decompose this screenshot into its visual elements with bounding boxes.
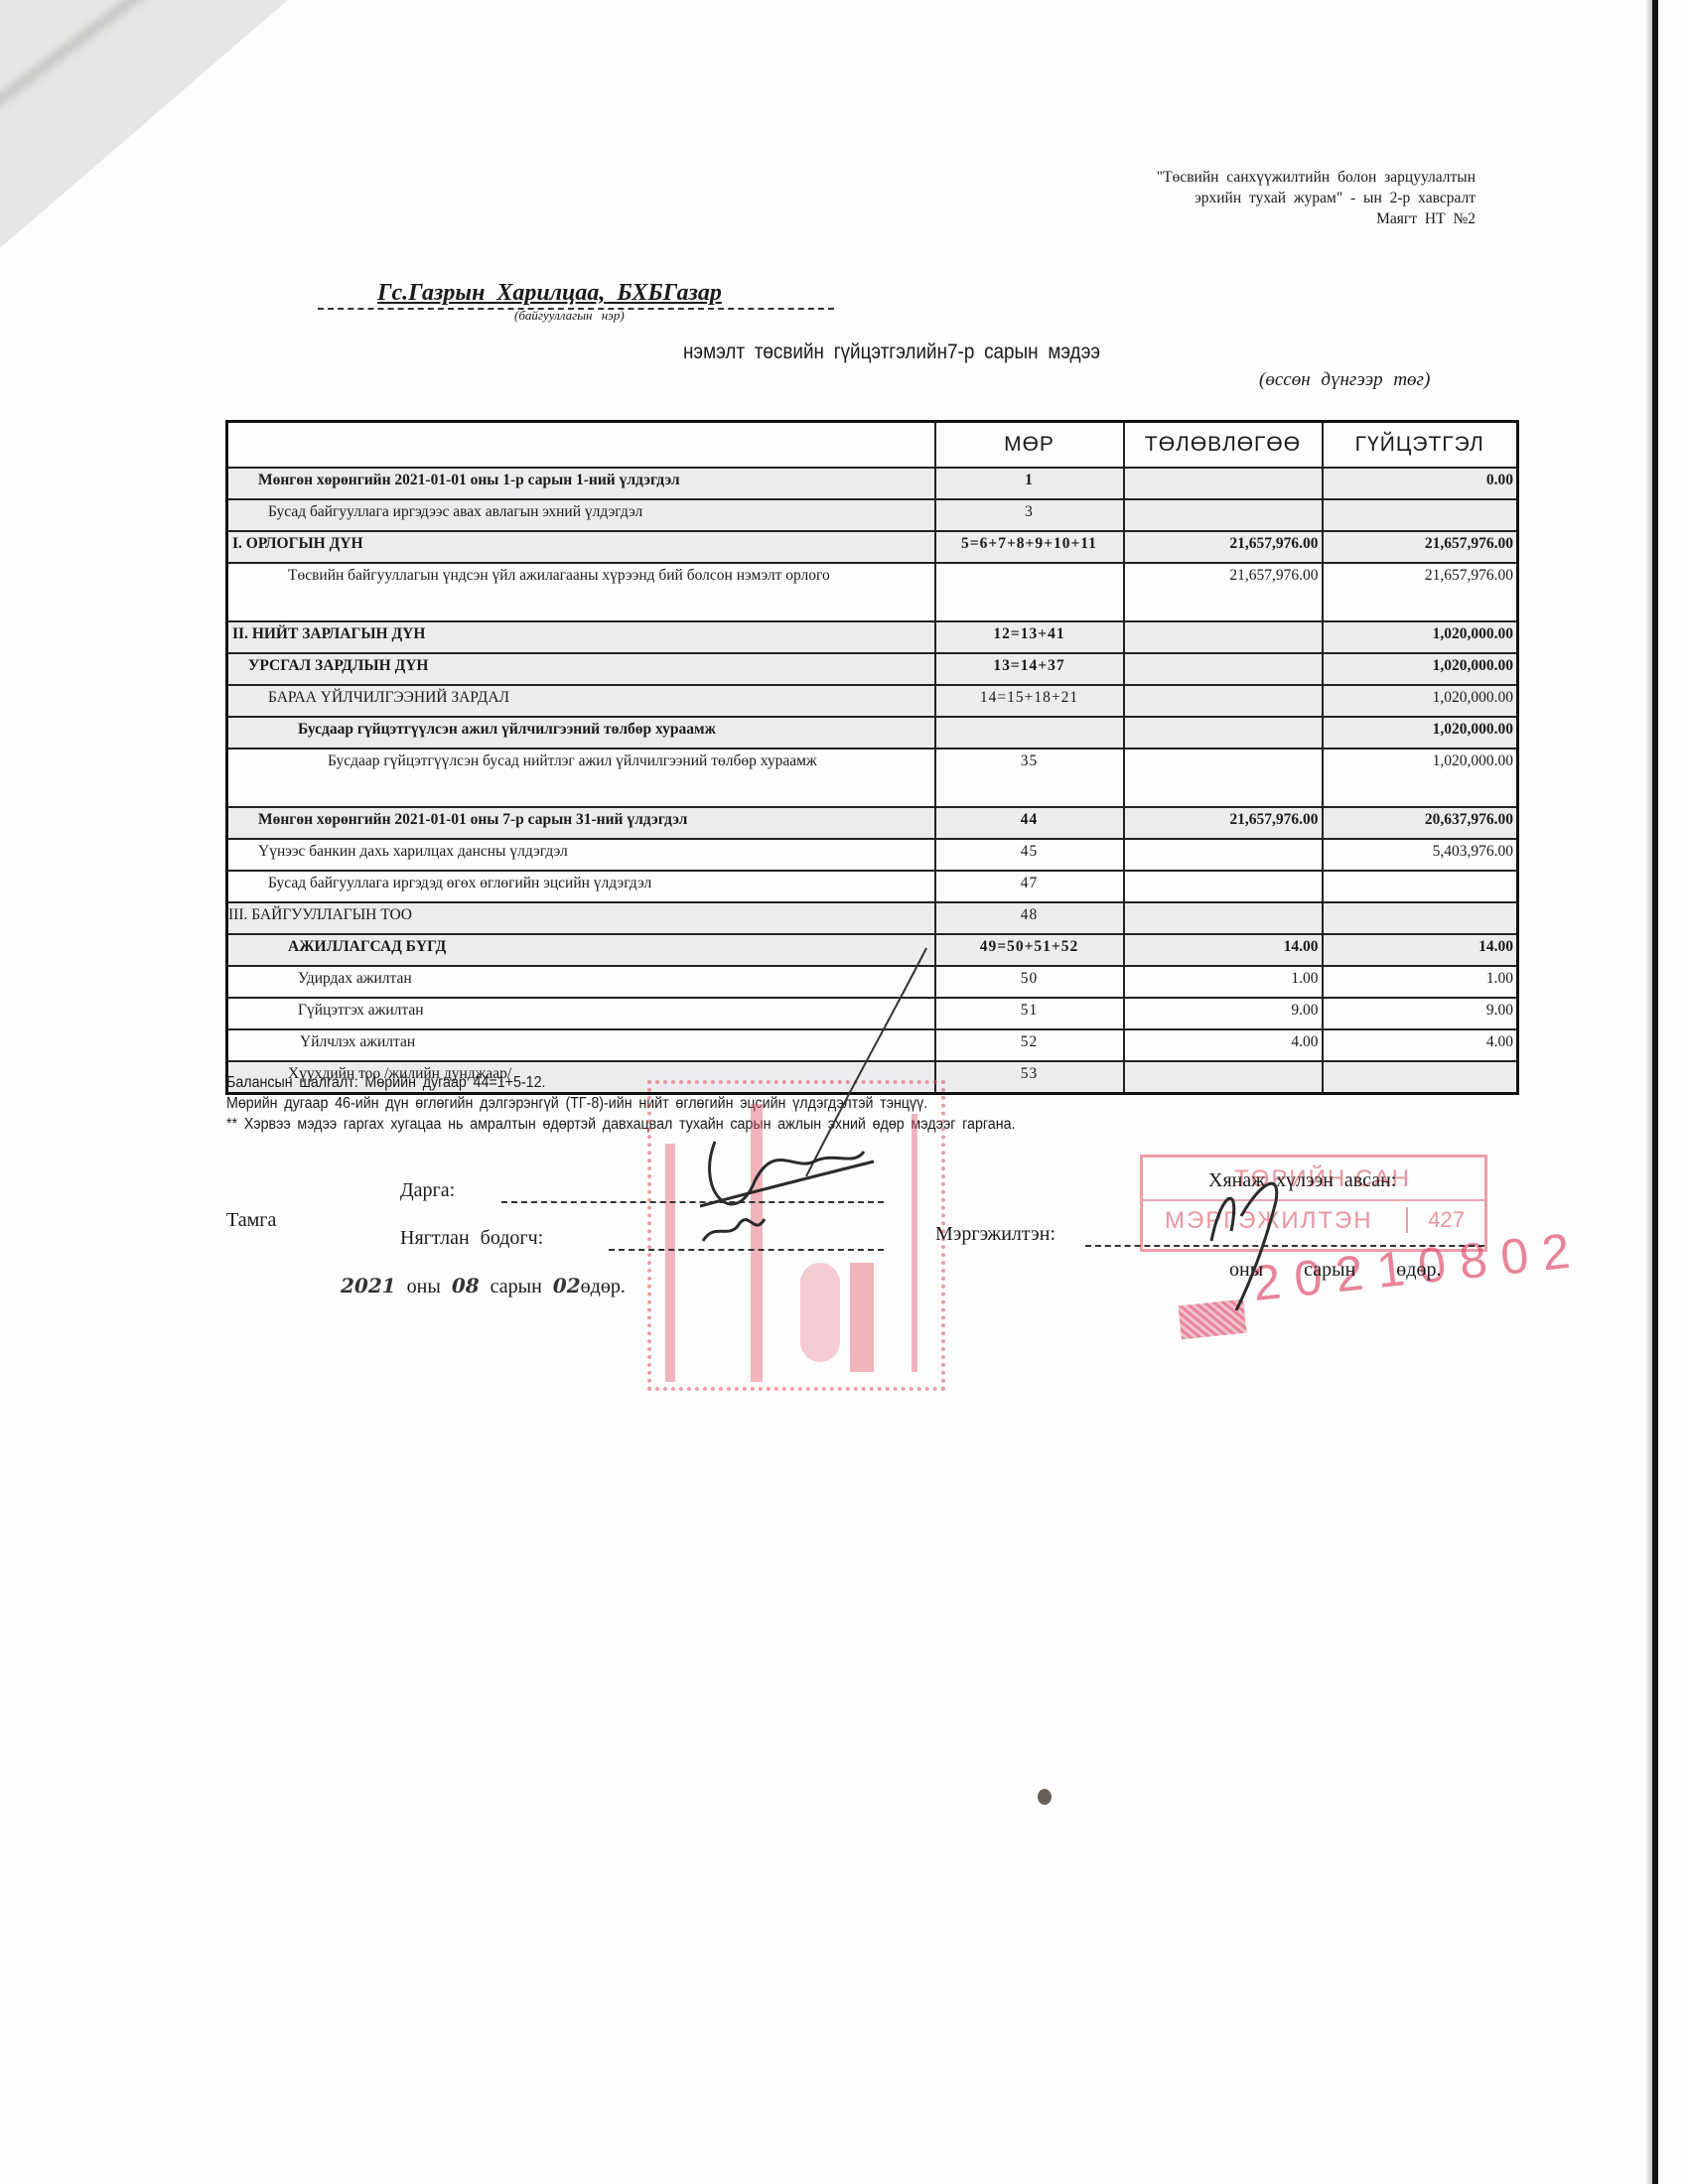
specialist-label: Мэргэжилтэн: — [935, 1223, 1055, 1246]
organization-caption: (байгууллагын нэр) — [514, 308, 625, 324]
report-title: нэмэлт төсвийн гүйцэтгэлийн7-р сарын мэд… — [683, 341, 1100, 364]
plan-value: 9.00 — [1124, 998, 1323, 1029]
plan-value: 21,657,976.00 — [1124, 807, 1323, 839]
row-number: 35 — [935, 749, 1124, 807]
row-number: 1 — [935, 468, 1124, 499]
date-stamp-block — [1178, 1299, 1246, 1340]
plan-value — [1124, 621, 1323, 653]
table-row: Бусад байгууллага иргэдэд өгөх өглөгийн … — [227, 871, 1518, 902]
row-number: 3 — [935, 499, 1124, 531]
table-row: Мөнгөн хөрөнгийн 2021-01-01 оны 1-р сары… — [227, 468, 1518, 499]
specialist-signature-line[interactable] — [1085, 1245, 1484, 1247]
row-number: 52 — [935, 1029, 1124, 1061]
plan-value: 4.00 — [1124, 1029, 1323, 1061]
day-suffix: өдөр. — [581, 1276, 626, 1297]
table-row: Гүйцэтгэх ажилтан519.009.00 — [227, 998, 1518, 1029]
seal-bar — [912, 1114, 917, 1372]
actual-value: 1,020,000.00 — [1323, 685, 1518, 717]
row-number: 47 — [935, 871, 1124, 902]
plan-value — [1124, 749, 1323, 807]
reviewed-year-suffix: оны — [1229, 1259, 1263, 1281]
appendix-line-1: "Төсвийн санхүүжилтийн болон зарцуулалты… — [1157, 167, 1476, 188]
scan-edge — [1652, 0, 1658, 2184]
actual-value: 4.00 — [1323, 1029, 1518, 1061]
table-row: Төсвийн байгууллагын үндсэн үйл ажилагаа… — [227, 563, 1518, 621]
row-label: II. НИЙТ ЗАРЛАГЫН ДҮН — [227, 621, 935, 653]
row-number: 13=14+37 — [935, 653, 1124, 685]
row-label: Үйлчлэх ажилтан — [227, 1029, 935, 1061]
seal-emblem — [800, 1263, 840, 1362]
reviewed-date: оны сарын өдөр. — [1229, 1259, 1441, 1282]
table-header-row: МӨР ТӨЛӨВЛӨГӨӨ ГҮЙЦЭТГЭЛ — [227, 422, 1518, 469]
scan-speck — [1038, 1789, 1052, 1805]
accountant-label: Нягтлан бодогч: — [400, 1227, 543, 1250]
row-number: 45 — [935, 839, 1124, 871]
row-label: БАРАА ҮЙЛЧИЛГЭЭНИЙ ЗАРДАЛ — [227, 685, 935, 717]
actual-value: 1.00 — [1323, 966, 1518, 998]
row-label: Үүнээс банкин дахь харилцах дансны үлдэг… — [227, 839, 935, 871]
table-row: Үүнээс банкин дахь харилцах дансны үлдэг… — [227, 839, 1518, 871]
plan-value — [1124, 717, 1323, 749]
month-suffix: сарын — [491, 1276, 542, 1297]
row-label: Бусад байгууллага иргэдээс авах авлагын … — [227, 499, 935, 531]
plan-value — [1124, 499, 1323, 531]
table-row: Үйлчлэх ажилтан524.004.00 — [227, 1029, 1518, 1061]
plan-value — [1124, 685, 1323, 717]
row-label: АЖИЛЛАГСАД БҮГД — [227, 934, 935, 966]
row-number: 12=13+41 — [935, 621, 1124, 653]
row-number: 51 — [935, 998, 1124, 1029]
row-label: УРСГАЛ ЗАРДЛЫН ДҮН — [227, 653, 935, 685]
row-label: Мөнгөн хөрөнгийн 2021-01-01 оны 7-р сары… — [227, 807, 935, 839]
row-label: Бусдаар гүйцэтгүүлсэн бусад нийтлэг ажил… — [227, 749, 935, 807]
seal-bar — [665, 1144, 675, 1382]
row-label: Гүйцэтгэх ажилтан — [227, 998, 935, 1029]
header-row-number: МӨР — [935, 422, 1124, 469]
actual-value — [1323, 1061, 1518, 1094]
plan-value: 1.00 — [1124, 966, 1323, 998]
signed-day: 02 — [553, 1274, 581, 1297]
signed-date: 2021 оны 08 сарын 02өдөр. — [341, 1274, 626, 1298]
official-seal — [647, 1080, 945, 1391]
table-row: I. ОРЛОГЫН ДҮН5=6+7+8+9+10+1121,657,976.… — [227, 531, 1518, 563]
plan-value — [1124, 468, 1323, 499]
table-row: III. БАЙГУУЛЛАГЫН ТОО48 — [227, 902, 1518, 934]
seal-label: Тамга — [226, 1209, 276, 1232]
director-label: Дарга: — [400, 1179, 455, 1202]
table-row: АЖИЛЛАГСАД БҮГД49=50+51+5214.0014.00 — [227, 934, 1518, 966]
row-label: Мөнгөн хөрөнгийн 2021-01-01 оны 1-р сары… — [227, 468, 935, 499]
header-label — [227, 422, 935, 469]
actual-value — [1323, 871, 1518, 902]
plan-value: 14.00 — [1124, 934, 1323, 966]
actual-value: 20,637,976.00 — [1323, 807, 1518, 839]
seal-bar — [751, 1104, 763, 1382]
table-row: Бусдаар гүйцэтгүүлсэн ажил үйлчилгээний … — [227, 717, 1518, 749]
table-row: УРСГАЛ ЗАРДЛЫН ДҮН13=14+371,020,000.00 — [227, 653, 1518, 685]
appendix-reference: "Төсвийн санхүүжилтийн болон зарцуулалты… — [1157, 167, 1476, 229]
actual-value — [1323, 499, 1518, 531]
year-suffix: оны — [407, 1276, 441, 1297]
row-label: Төсвийн байгууллагын үндсэн үйл ажилагаа… — [227, 563, 935, 621]
row-label: I. ОРЛОГЫН ДҮН — [227, 531, 935, 563]
plan-value — [1124, 871, 1323, 902]
row-number: 49=50+51+52 — [935, 934, 1124, 966]
accountant-signature-line[interactable] — [609, 1249, 884, 1251]
row-number: 48 — [935, 902, 1124, 934]
actual-value: 21,657,976.00 — [1323, 531, 1518, 563]
actual-value: 5,403,976.00 — [1323, 839, 1518, 871]
plan-value — [1124, 839, 1323, 871]
actual-value: 1,020,000.00 — [1323, 717, 1518, 749]
reviewed-month-suffix: сарын — [1304, 1259, 1355, 1281]
unit-note: (өссөн дүнгээр төг) — [1259, 369, 1430, 391]
plan-value: 21,657,976.00 — [1124, 531, 1323, 563]
plan-value — [1124, 902, 1323, 934]
treasury-stamp-number: 427 — [1406, 1207, 1465, 1233]
row-label: Бусад байгууллага иргэдэд өгөх өглөгийн … — [227, 871, 935, 902]
row-number: 5=6+7+8+9+10+11 — [935, 531, 1124, 563]
actual-value: 1,020,000.00 — [1323, 653, 1518, 685]
table-row: II. НИЙТ ЗАРЛАГЫН ДҮН12=13+411,020,000.0… — [227, 621, 1518, 653]
row-number: 44 — [935, 807, 1124, 839]
row-number — [935, 563, 1124, 621]
row-label: III. БАЙГУУЛЛАГЫН ТОО — [227, 902, 935, 934]
header-actual: ГҮЙЦЭТГЭЛ — [1323, 422, 1518, 469]
plan-value: 21,657,976.00 — [1124, 563, 1323, 621]
actual-value: 9.00 — [1323, 998, 1518, 1029]
table-row: Мөнгөн хөрөнгийн 2021-01-01 оны 7-р сары… — [227, 807, 1518, 839]
table-row: БАРАА ҮЙЛЧИЛГЭЭНИЙ ЗАРДАЛ14=15+18+211,02… — [227, 685, 1518, 717]
row-label: Бусдаар гүйцэтгүүлсэн ажил үйлчилгээний … — [227, 717, 935, 749]
reviewed-label: Хянаж хүлээн авсан: — [1208, 1169, 1396, 1192]
seal-bar — [850, 1263, 874, 1372]
organization-name: Гс.Газрын Харилцаа, БХБГазар — [377, 280, 722, 307]
row-number — [935, 717, 1124, 749]
plan-value — [1124, 653, 1323, 685]
actual-value: 21,657,976.00 — [1323, 563, 1518, 621]
plan-value — [1124, 1061, 1323, 1094]
row-number: 14=15+18+21 — [935, 685, 1124, 717]
actual-value: 0.00 — [1323, 468, 1518, 499]
row-number: 50 — [935, 966, 1124, 998]
treasury-stamp-role: МЭРГЭЖИЛТЭН — [1165, 1207, 1373, 1235]
actual-value: 1,020,000.00 — [1323, 749, 1518, 807]
actual-value: 1,020,000.00 — [1323, 621, 1518, 653]
folded-page-corner — [0, 0, 288, 248]
scan-edge-shadow — [1644, 0, 1652, 2184]
table-row: Удирдах ажилтан501.001.00 — [227, 966, 1518, 998]
row-label: Удирдах ажилтан — [227, 966, 935, 998]
table-row: Бусад байгууллага иргэдээс авах авлагын … — [227, 499, 1518, 531]
actual-value — [1323, 902, 1518, 934]
budget-execution-table: МӨР ТӨЛӨВЛӨГӨӨ ГҮЙЦЭТГЭЛ Мөнгөн хөрөнгий… — [225, 420, 1519, 1095]
signed-month: 08 — [452, 1274, 480, 1297]
table-row: Бусдаар гүйцэтгүүлсэн бусад нийтлэг ажил… — [227, 749, 1518, 807]
signed-year: 2021 — [341, 1274, 396, 1297]
actual-value: 14.00 — [1323, 934, 1518, 966]
appendix-line-2: эрхийн тухай журам" - ын 2-р хавсралт — [1157, 188, 1476, 208]
header-plan: ТӨЛӨВЛӨГӨӨ — [1124, 422, 1323, 469]
form-number: Маягт НТ №2 — [1157, 208, 1476, 229]
reviewed-day-suffix: өдөр. — [1396, 1259, 1441, 1281]
stamp-divider — [1143, 1199, 1484, 1201]
director-signature-line[interactable] — [501, 1201, 884, 1203]
